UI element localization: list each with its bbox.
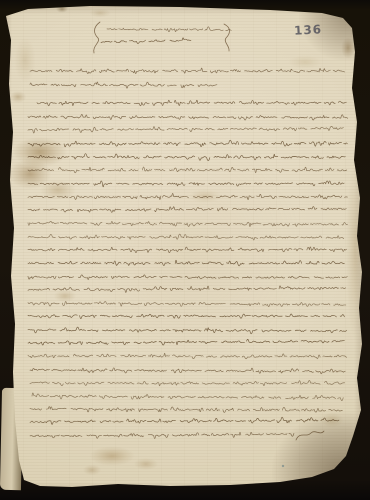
page-number-stamp: 136 <box>294 22 323 37</box>
bottom-right-corner-curl <box>272 412 358 484</box>
scanned-document: 136 <box>0 0 370 500</box>
manuscript-page: 136 <box>0 0 370 500</box>
